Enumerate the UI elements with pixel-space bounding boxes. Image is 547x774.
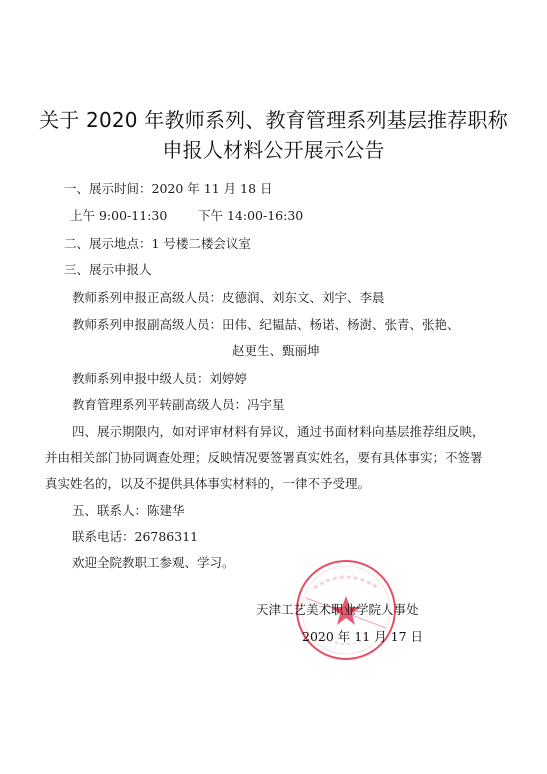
- applicant-group-management: 教育管理系列平转副高级人员：冯宇星: [72, 397, 285, 413]
- applicant-names: 田伟、纪韫喆、杨诺、杨澍、张青、张艳、: [222, 317, 460, 332]
- document-page: 关于 2020 年教师系列、教育管理系列基层推荐职称 申报人材料公开展示公告 一…: [0, 0, 547, 774]
- section-applicants-heading: 三、展示申报人: [64, 262, 152, 278]
- welcome-note: 欢迎全院教职工参观、学习。: [72, 555, 235, 571]
- applicant-group-associate: 教师系列申报副高级人员：田伟、纪韫喆、杨诺、杨澍、张青、张艳、: [72, 317, 460, 333]
- applicant-names-continued: 赵更生、甄丽坤: [232, 343, 320, 359]
- document-title-line2: 申报人材料公开展示公告: [0, 134, 547, 163]
- document-title-line1: 关于 2020 年教师系列、教育管理系列基层推荐职称: [0, 104, 547, 133]
- section-objection-line3: 真实姓名的，以及不提供具体事实材料的，一律不予受理。: [45, 476, 370, 492]
- applicant-group-label: 教师系列申报正高级人员：: [72, 290, 222, 305]
- signature-organization: 天津工艺美术职业学院人事处: [256, 600, 419, 618]
- applicant-group-intermediate: 教师系列申报中级人员：刘婷婷: [72, 371, 247, 387]
- section-display-time: 一、展示时间：2020 年 11 月 18 日: [64, 181, 273, 197]
- applicant-names: 冯宇星: [247, 397, 285, 412]
- applicant-names: 刘婷婷: [210, 371, 248, 386]
- signature-date: 2020 年 11 月 17 日: [302, 627, 423, 645]
- applicant-group-label: 教师系列申报副高级人员：: [72, 317, 222, 332]
- applicant-group-senior: 教师系列申报正高级人员：皮德润、刘东文、刘宇、李晨: [72, 290, 385, 306]
- section-display-location: 二、展示地点：1 号楼二楼会议室: [64, 236, 251, 252]
- section-objection-line1: 四、展示期限内，如对评审材料有异议，通过书面材料向基层推荐组反映，: [72, 424, 485, 440]
- time-afternoon: 下午 14:00-16:30: [198, 208, 303, 224]
- section-contact-person: 五、联系人：陈建华: [72, 503, 185, 519]
- section-objection-line2: 并由相关部门协同调查处理；反映情况要签署真实姓名，要有具体事实；不签署: [45, 450, 483, 466]
- applicant-names: 皮德润、刘东文、刘宇、李晨: [222, 290, 385, 305]
- time-morning: 上午 9:00-11:30: [70, 208, 167, 224]
- applicant-group-label: 教育管理系列平转副高级人员：: [72, 397, 247, 412]
- contact-phone: 联系电话：26786311: [72, 529, 198, 545]
- applicant-group-label: 教师系列申报中级人员：: [72, 371, 210, 386]
